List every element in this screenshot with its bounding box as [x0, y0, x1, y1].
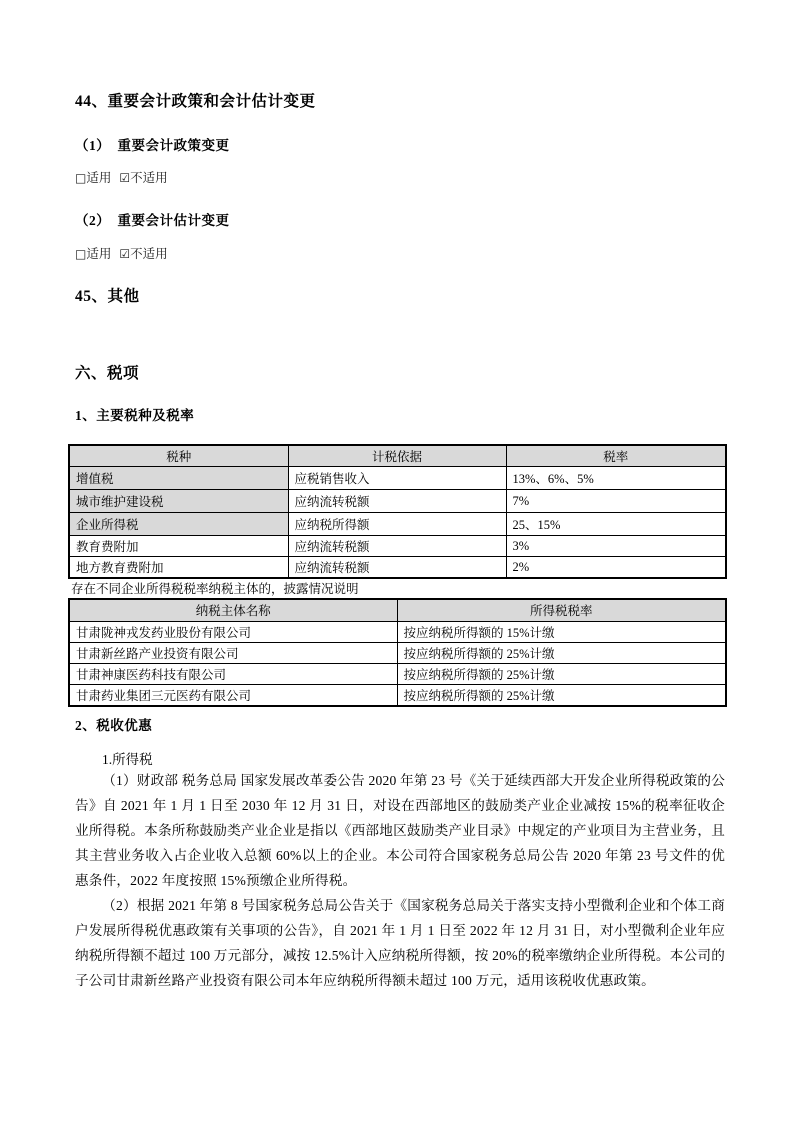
table-header-row: 纳税主体名称 所得税税率 [69, 599, 726, 621]
tax-type-cell: 地方教育费附加 [69, 557, 288, 579]
taxpayer-entity-table: 纳税主体名称 所得税税率 甘肃陇神戎发药业股份有限公司 按应纳税所得额的 15%… [68, 598, 727, 707]
section-45-heading: 45、其他 [75, 288, 725, 306]
incentive-paragraph-1: （1）财政部 税务总局 国家发展改革委公告 2020 年第 23 号《关于延续西… [75, 768, 725, 893]
applicable-label: 适用 [86, 171, 111, 185]
tax-incentives-heading: 2、税收优惠 [75, 718, 725, 734]
tax-basis-cell: 应纳流转税额 [288, 536, 506, 557]
estimate-change-applicability-line: □适用☑不适用 [75, 247, 725, 262]
table-row: 甘肃药业集团三元医药有限公司 按应纳税所得额的 25%计缴 [69, 684, 726, 706]
document-page: 44、重要会计政策和会计估计变更 （1） 重要会计政策变更 □适用☑不适用 （2… [0, 0, 793, 993]
tax-rate-header: 税率 [506, 445, 726, 467]
tax-rate-cell: 2% [506, 557, 726, 579]
checkbox-checked-icon: ☑ [119, 247, 130, 261]
table-header-row: 税种 计税依据 税率 [69, 445, 726, 467]
tax-rate-cell: 25、15% [506, 513, 726, 536]
tax-type-cell: 增值税 [69, 467, 288, 490]
table-row: 甘肃陇神戎发药业股份有限公司 按应纳税所得额的 15%计缴 [69, 621, 726, 642]
tax-rate-cell: 3% [506, 536, 726, 557]
checkbox-unchecked-icon: □ [75, 247, 86, 261]
applicable-label: 适用 [86, 247, 111, 261]
income-tax-rate-cell: 按应纳税所得额的 25%计缴 [397, 642, 726, 663]
table-row: 城市维护建设税 应纳流转税额 7% [69, 490, 726, 513]
tax-type-cell: 教育费附加 [69, 536, 288, 557]
tax-basis-cell: 应纳税所得额 [288, 513, 506, 536]
incentive-paragraph-2: （2）根据 2021 年第 8 号国家税务总局公告关于《国家税务总局关于落实支持… [75, 893, 725, 993]
entity-name-header: 纳税主体名称 [69, 599, 397, 621]
not-applicable-label: 不适用 [130, 247, 168, 261]
main-tax-types-heading: 1、主要税种及税率 [75, 408, 725, 424]
table-row: 增值税 应税销售收入 13%、6%、5% [69, 467, 726, 490]
tax-rate-table: 税种 计税依据 税率 增值税 应税销售收入 13%、6%、5% 城市维护建设税 … [68, 444, 727, 579]
tax-type-header: 税种 [69, 445, 288, 467]
entity-name-cell: 甘肃新丝路产业投资有限公司 [69, 642, 397, 663]
income-tax-rate-header: 所得税税率 [397, 599, 726, 621]
income-tax-rate-cell: 按应纳税所得额的 15%计缴 [397, 621, 726, 642]
tax-basis-cell: 应税销售收入 [288, 467, 506, 490]
tax-basis-cell: 应纳流转税额 [288, 490, 506, 513]
not-applicable-label: 不适用 [130, 171, 168, 185]
section-6-heading: 六、税项 [75, 365, 725, 383]
section-44-1-heading: （1） 重要会计政策变更 [75, 138, 725, 154]
policy-change-applicability-line: □适用☑不适用 [75, 171, 725, 186]
tax-basis-header: 计税依据 [288, 445, 506, 467]
entity-name-cell: 甘肃神康医药科技有限公司 [69, 663, 397, 684]
different-rate-disclosure-note: 存在不同企业所得税税率纳税主体的，披露情况说明 [71, 582, 725, 597]
checkbox-checked-icon: ☑ [119, 171, 130, 185]
table-row: 甘肃神康医药科技有限公司 按应纳税所得额的 25%计缴 [69, 663, 726, 684]
table-row: 教育费附加 应纳流转税额 3% [69, 536, 726, 557]
entity-name-cell: 甘肃陇神戎发药业股份有限公司 [69, 621, 397, 642]
income-tax-subheading: 1.所得税 [102, 752, 725, 768]
table-row: 地方教育费附加 应纳流转税额 2% [69, 557, 726, 579]
checkbox-unchecked-icon: □ [75, 171, 86, 185]
tax-rate-cell: 13%、6%、5% [506, 467, 726, 490]
entity-name-cell: 甘肃药业集团三元医药有限公司 [69, 684, 397, 706]
tax-rate-cell: 7% [506, 490, 726, 513]
table-row: 企业所得税 应纳税所得额 25、15% [69, 513, 726, 536]
tax-type-cell: 城市维护建设税 [69, 490, 288, 513]
tax-type-cell: 企业所得税 [69, 513, 288, 536]
section-44-2-heading: （2） 重要会计估计变更 [75, 213, 725, 229]
income-tax-rate-cell: 按应纳税所得额的 25%计缴 [397, 684, 726, 706]
section-44-heading: 44、重要会计政策和会计估计变更 [75, 93, 725, 111]
table-row: 甘肃新丝路产业投资有限公司 按应纳税所得额的 25%计缴 [69, 642, 726, 663]
tax-basis-cell: 应纳流转税额 [288, 557, 506, 579]
income-tax-rate-cell: 按应纳税所得额的 25%计缴 [397, 663, 726, 684]
